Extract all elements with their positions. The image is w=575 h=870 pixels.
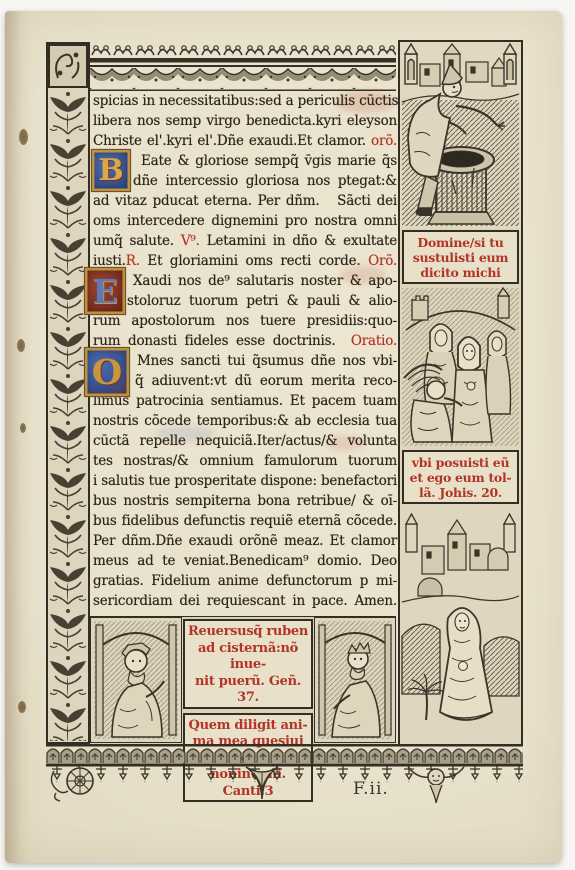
text-block: spicias in necessitatibus:sed a periculi… bbox=[93, 91, 397, 615]
text-line: Per dñm.Dñe exaudi orõnẽ meaz. Et clamor bbox=[93, 531, 397, 551]
right-woodcut-column: Domine/si tusustulisti eumdicito michi bbox=[398, 40, 523, 746]
text-line: bus nostris sempiterna bona retribue/ & … bbox=[93, 491, 397, 511]
ink-spot bbox=[19, 129, 28, 145]
caption-line: Domine/si tu bbox=[405, 235, 516, 250]
caption-line: et ego eum tol- bbox=[405, 470, 516, 485]
caption-line: lã. Johis. 20. bbox=[405, 485, 516, 500]
text-line: spicias in necessitatibus:sed a periculi… bbox=[93, 91, 397, 111]
text-line: ad vitaz pducat eterna. Per dñm. Sãcti d… bbox=[93, 191, 397, 211]
pendant-fringe bbox=[46, 765, 523, 805]
caption-line: nit puerũ. Geñ. 37. bbox=[185, 674, 311, 707]
parchment-leaf: spicias in necessitatibus:sed a periculi… bbox=[5, 11, 562, 863]
text-line: Eate & gloriose sempq̃ v̄gis marie q̃s bbox=[93, 151, 397, 171]
illuminated-initial-B: B bbox=[91, 149, 131, 192]
woodcut-women-and-angel bbox=[400, 286, 521, 448]
rubric-caption-tomb: Domine/si tusustulisti eumdicito michi bbox=[402, 230, 519, 284]
woodcut-magdalene bbox=[400, 506, 521, 732]
text-line: umq̃ salute. V⁹. Letamini in dño & exult… bbox=[93, 231, 397, 251]
text-line: tes nostras/& omnium famulorum tuorum bbox=[93, 451, 397, 471]
bottom-arcade-border bbox=[46, 744, 523, 765]
caption-line: dicito michi bbox=[405, 265, 516, 280]
caption-line: sustulisti eum bbox=[405, 250, 516, 265]
text-line: meus ad te veniat.Benedicam⁹ domio. Deo bbox=[93, 551, 397, 571]
rubric-caption-reuben: Reuersusq̃ rubenad cisternã:nõ inue-nit … bbox=[183, 619, 313, 709]
bottom-captions: Reuersusq̃ rubenad cisternã:nõ inue-nit … bbox=[182, 617, 314, 745]
rubric-caption-gardener: vbi posuisti eũet ego eum tol-lã. Johis.… bbox=[402, 450, 519, 504]
text-line: rum apostolorum nos tuere presidiis:quo- bbox=[93, 311, 397, 331]
woodcut-man-at-well bbox=[400, 42, 521, 228]
text-line: i salutis tue prosperitate dispone: bene… bbox=[93, 471, 397, 491]
top-cresting-border bbox=[90, 44, 396, 91]
text-line: Mnes sancti tui q̃sumus dñe nos vbi- bbox=[93, 351, 397, 371]
text-line: bus fidelibus defunctis requiẽ eternã cõ… bbox=[93, 511, 397, 531]
text-line: libera nos semp virgo benedicta.kyri ele… bbox=[93, 111, 397, 131]
ink-spot bbox=[20, 423, 26, 433]
text-line: oms intercedere dignemini pro nostra omn… bbox=[93, 211, 397, 231]
caption-line: Reuersusq̃ ruben bbox=[185, 624, 311, 641]
text-line: dñe intercessio gloriosa nos ptegat:& bbox=[93, 171, 397, 191]
text-line: rum donasti fideles esse doctrinis. Orat… bbox=[93, 331, 397, 351]
caption-line: vbi posuisti eũ bbox=[405, 455, 516, 470]
ink-spot bbox=[17, 339, 25, 352]
bottom-woodcut-band: Reuersusq̃ rubenad cisternã:nõ inue-nit … bbox=[90, 616, 396, 745]
caption-line: ad cisternã:nõ inue- bbox=[185, 641, 311, 674]
illuminated-initial-E: E bbox=[84, 267, 126, 315]
caption-line: Quem diligit ani- bbox=[185, 718, 311, 735]
text-line: limus patrocinia sentiamus. Et pacem tua… bbox=[93, 391, 397, 411]
scanned-book-page: { "page": { "kind": "Printed Book of Hou… bbox=[0, 0, 575, 870]
text-line: iusti.R. Et gloriamini oms recti corde. … bbox=[93, 251, 397, 271]
text-line: sericordiam dei requiescant in pace. Ame… bbox=[93, 591, 397, 611]
text-line: nostris cõcede temporibus:& ab ecclesia … bbox=[93, 411, 397, 431]
folio-signature: F.ii. bbox=[353, 779, 389, 799]
text-line: Christe el'.kyri el'.Dñe exaudi.Et clamo… bbox=[93, 131, 397, 151]
illuminated-initial-O: O bbox=[84, 347, 130, 397]
woodcut-prophet-right bbox=[314, 617, 396, 743]
text-line: q̃ adiuvent:vt dũ eorum merita reco- bbox=[93, 371, 397, 391]
text-line: Xaudi nos de⁹ salutaris noster & apo- bbox=[93, 271, 397, 291]
ink-spot bbox=[18, 701, 26, 713]
text-line: stoloruz tuorum petri & pauli & alio- bbox=[93, 291, 397, 311]
woodcut-prophet-left bbox=[90, 617, 182, 743]
text-line: cūctã repelle nequiciã.Iter/actus/& volu… bbox=[93, 431, 397, 451]
text-line: gratias. Fidelium anime defunctorum p mi… bbox=[93, 571, 397, 591]
